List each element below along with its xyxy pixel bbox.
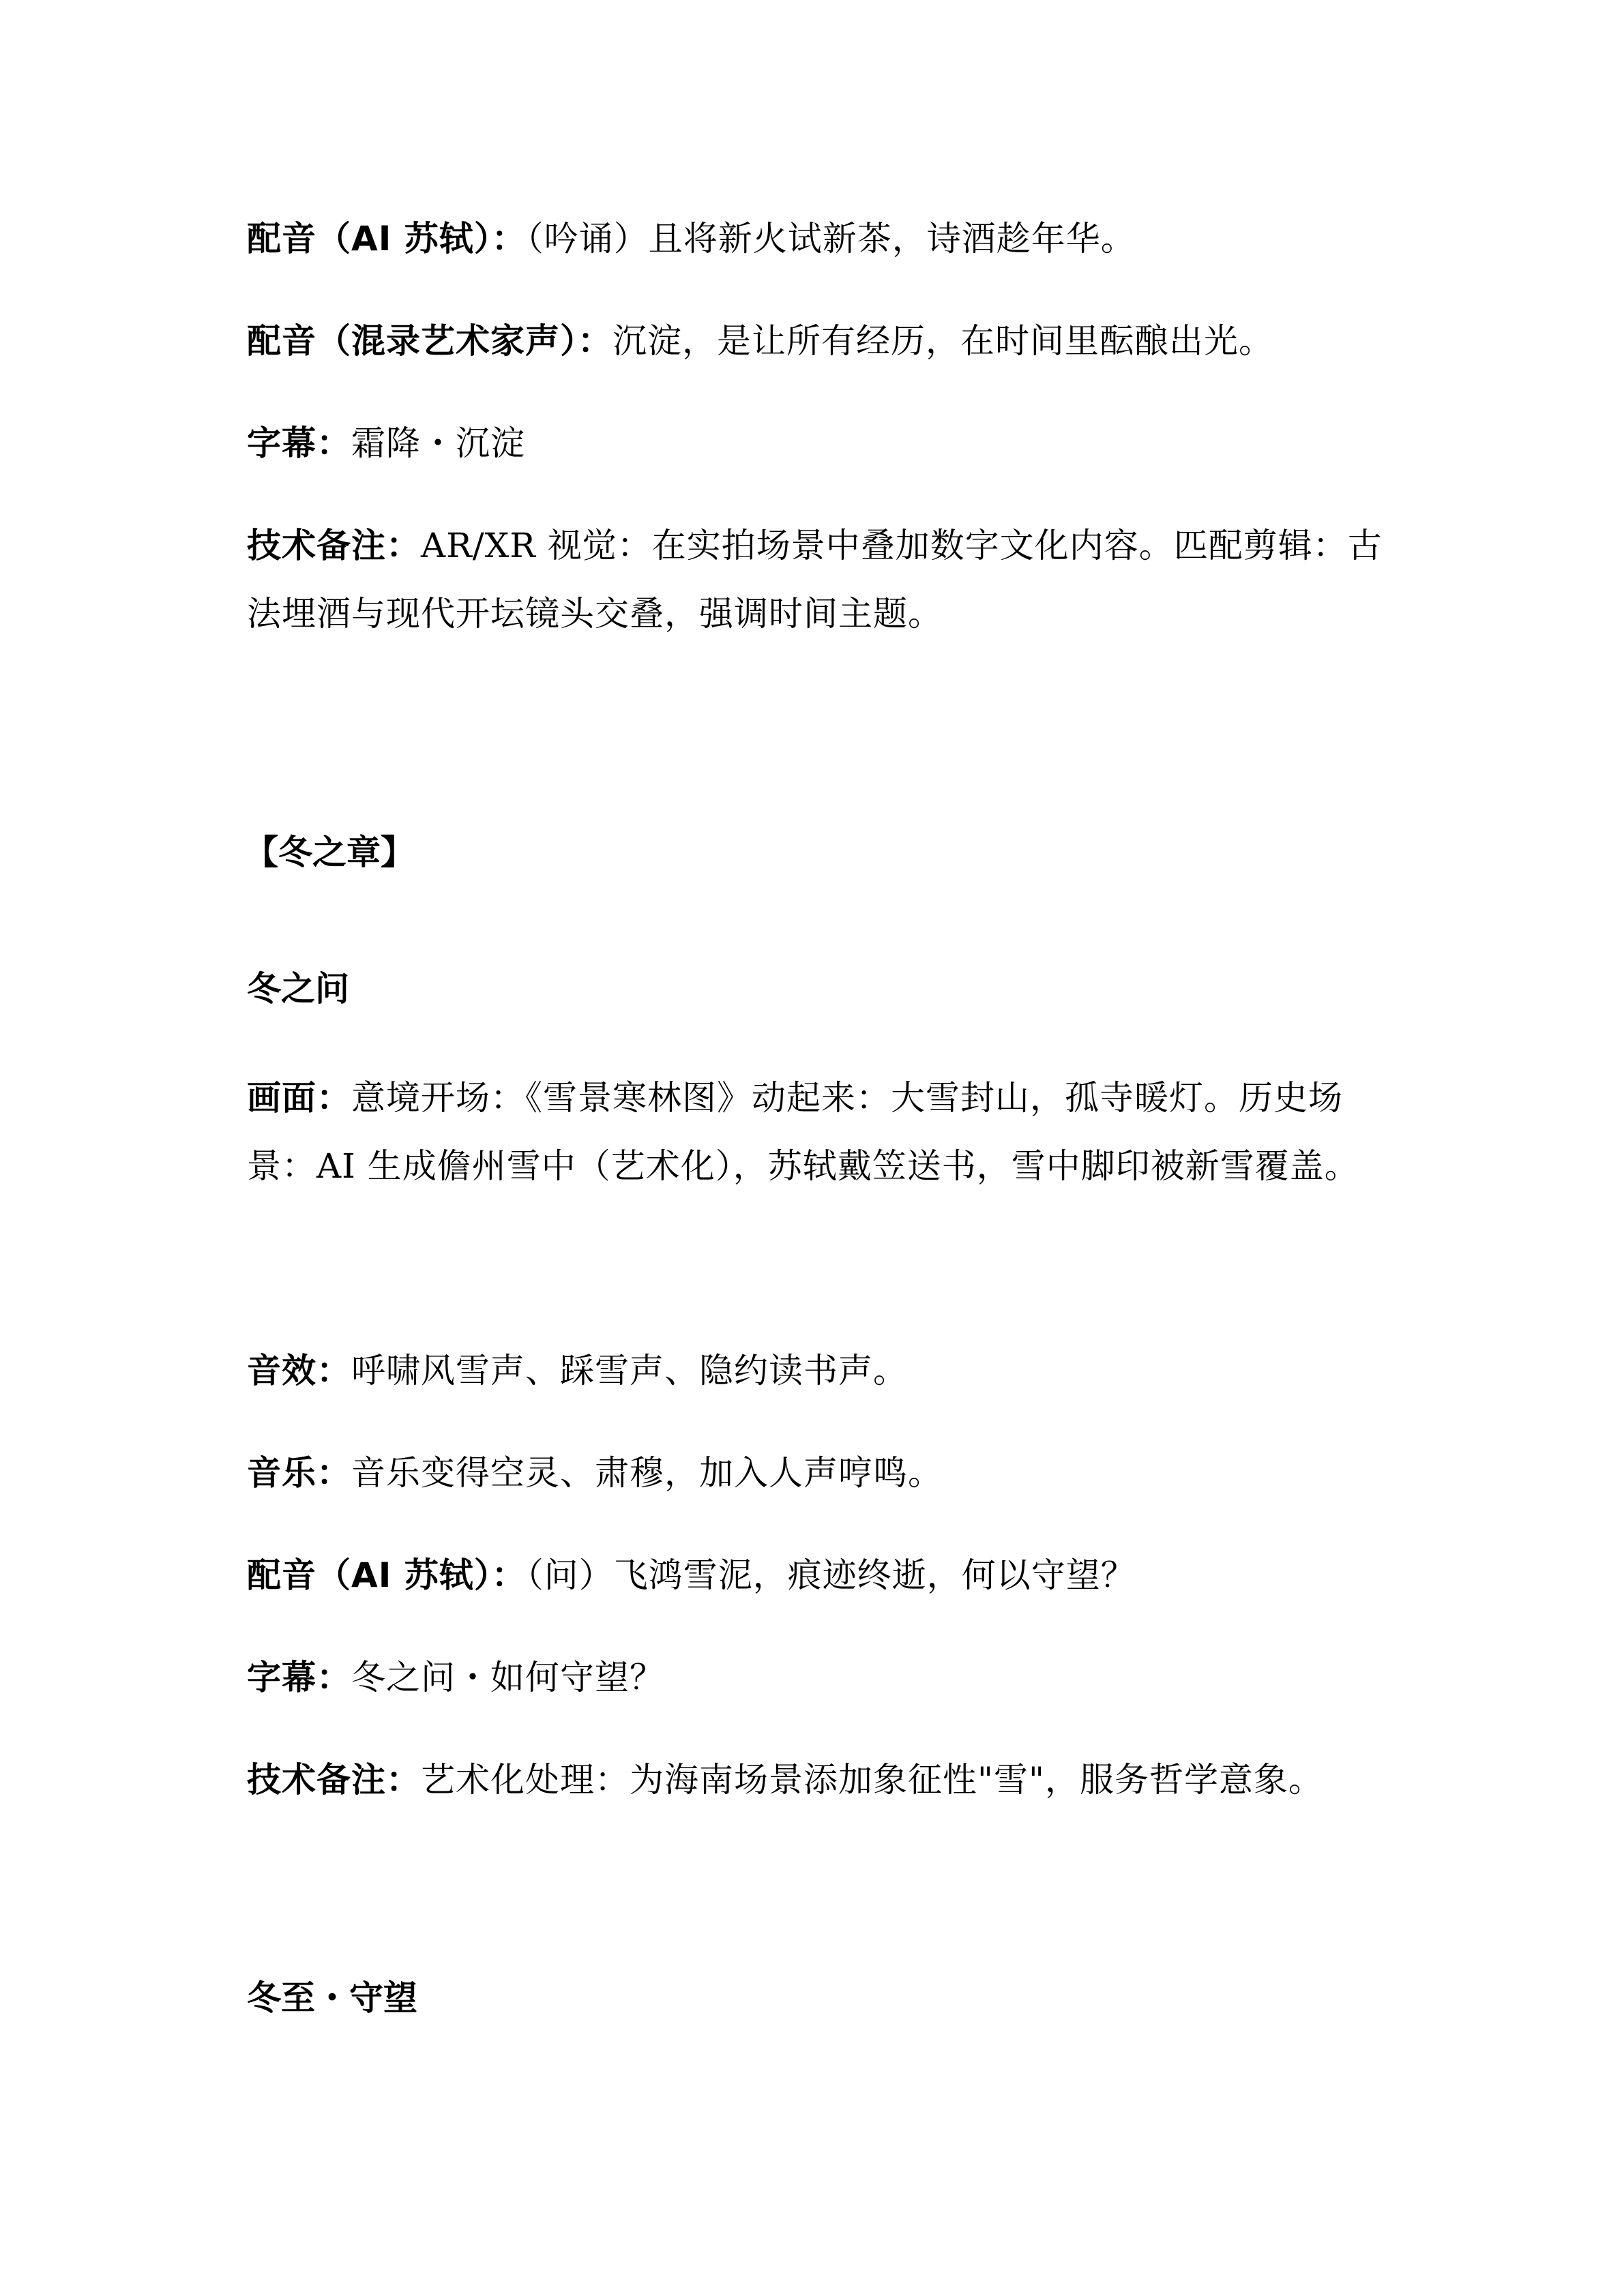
block-label: 配音（混录艺术家声）： [247, 321, 612, 361]
block-label: 画面： [247, 1078, 351, 1118]
block-label: 技术备注： [247, 526, 421, 565]
section-title: 冬之问 [247, 955, 349, 1023]
scene-visual: 画面：意境开场：《雪景寒林图》动起来：大雪封山，孤寺暖灯。历史场景：AI 生成儋… [247, 1064, 1393, 1200]
block-text: 音乐变得空灵、肃穆，加入人声哼鸣。 [351, 1453, 943, 1493]
block-text: 霜降・沉淀 [351, 423, 525, 463]
tech-note-artistic: 技术备注：艺术化处理：为海南场景添加象征性"雪"，服务哲学意象。 [247, 1746, 1393, 1814]
voiceover-ai-sushi-1: 配音（AI 苏轼）：（吟诵）且将新火试新茶，诗酒趁年华。 [247, 205, 1393, 273]
subtitle-frost-descent: 字幕：霜降・沉淀 [247, 409, 1393, 477]
block-text: 呼啸风雪声、踩雪声、隐约读书声。 [351, 1351, 908, 1390]
music: 音乐：音乐变得空灵、肃穆，加入人声哼鸣。 [247, 1439, 1393, 1507]
block-label: 字幕： [247, 1658, 351, 1697]
block-label: 音效： [247, 1351, 351, 1390]
block-text: 意境开场：《雪景寒林图》动起来：大雪封山，孤寺暖灯。历史场景：AI 生成儋州雪中… [247, 1078, 1359, 1186]
block-label: 配音（AI 苏轼）： [247, 1555, 527, 1595]
tech-note-ar-xr: 技术备注：AR/XR 视觉：在实拍场景中叠加数字文化内容。匹配剪辑：古法埋酒与现… [247, 511, 1393, 648]
block-label: 字幕： [247, 423, 351, 463]
chapter-title: 【冬之章】 [244, 818, 415, 886]
subtitle-winter-question: 字幕：冬之问・如何守望？ [247, 1643, 1393, 1712]
next-section-title: 冬至・守望 [247, 1964, 417, 2032]
sound-effects: 音效：呼啸风雪声、踩雪声、隐约读书声。 [247, 1337, 1393, 1405]
voiceover-ai-sushi-2: 配音（AI 苏轼）：（问）飞鸿雪泥，痕迹终逝，何以守望？ [247, 1541, 1393, 1609]
voiceover-artist-mix: 配音（混录艺术家声）：沉淀，是让所有经历，在时间里酝酿出光。 [247, 307, 1393, 375]
block-label: 配音（AI 苏轼）： [247, 219, 527, 258]
block-text: （吟诵）且将新火试新茶，诗酒趁年华。 [527, 219, 1136, 258]
block-text: 艺术化处理：为海南场景添加象征性"雪"，服务哲学意象。 [421, 1760, 1323, 1800]
block-text: 冬之问・如何守望？ [351, 1658, 664, 1697]
block-text: （问）飞鸿雪泥，痕迹终逝，何以守望？ [527, 1555, 1136, 1595]
block-label: 技术备注： [247, 1760, 421, 1800]
block-text: 沉淀，是让所有经历，在时间里酝酿出光。 [612, 321, 1273, 361]
block-label: 音乐： [247, 1453, 351, 1493]
